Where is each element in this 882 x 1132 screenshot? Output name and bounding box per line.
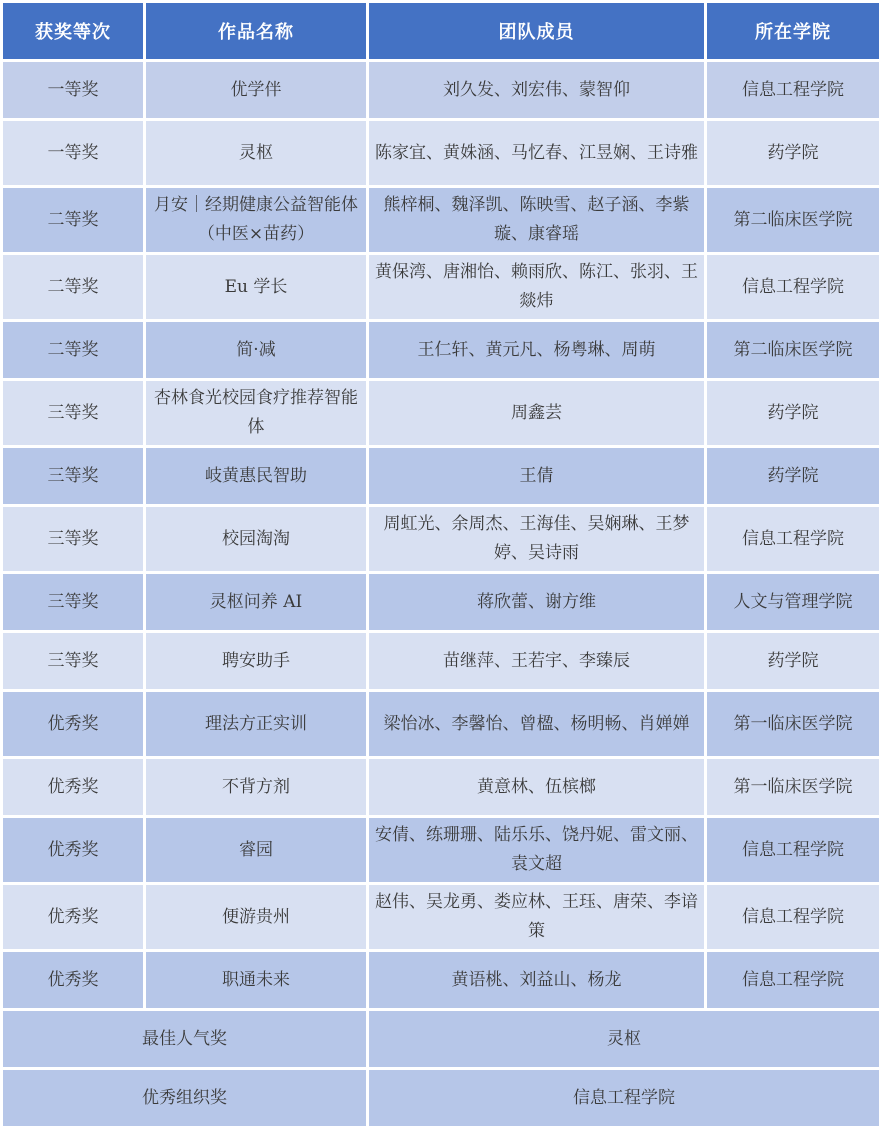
college-cell: 信息工程学院 [707,952,879,1008]
team-members-cell: 王倩 [369,448,704,504]
college-cell: 药学院 [707,633,879,689]
college-cell: 第一临床医学院 [707,692,879,756]
college-cell: 人文与管理学院 [707,574,879,630]
award-level-cell: 一等奖 [3,121,143,185]
table-row: 优秀奖睿园安倩、练珊珊、陆乐乐、饶丹妮、雷文丽、袁文超信息工程学院 [3,818,879,882]
college-cell: 第一临床医学院 [707,759,879,815]
team-members-cell: 黄语桃、刘益山、杨龙 [369,952,704,1008]
team-members-cell: 刘久发、刘宏伟、蒙智仰 [369,62,704,118]
table-row: 优秀奖便游贵州赵伟、吴龙勇、娄应林、王珏、唐荣、李谙策信息工程学院 [3,885,879,949]
work-name-cell: 优学伴 [146,62,366,118]
table-row: 三等奖校园淘淘周虹光、余周杰、王海佳、吴娴琳、王梦婷、吴诗雨信息工程学院 [3,507,879,571]
award-level-cell: 优秀奖 [3,952,143,1008]
work-name-cell: 职通未来 [146,952,366,1008]
table-row: 三等奖杏林食光校园食疗推荐智能体周鑫芸药学院 [3,381,879,445]
special-award-value-cell: 信息工程学院 [369,1070,879,1126]
award-level-cell: 二等奖 [3,322,143,378]
award-level-cell: 优秀奖 [3,885,143,949]
team-members-cell: 熊梓桐、魏泽凯、陈映雪、赵子涵、李紫璇、康睿瑶 [369,188,704,252]
header-row: 获奖等次 作品名称 团队成员 所在学院 [3,3,879,59]
team-members-cell: 蒋欣蕾、谢方维 [369,574,704,630]
work-name-cell: 不背方剂 [146,759,366,815]
special-award-label-cell: 最佳人气奖 [3,1011,366,1067]
college-cell: 第二临床医学院 [707,188,879,252]
table-row: 优秀奖职通未来黄语桃、刘益山、杨龙信息工程学院 [3,952,879,1008]
table-row: 二等奖简·减王仁轩、黄元凡、杨粤琳、周萌第二临床医学院 [3,322,879,378]
college-cell: 药学院 [707,381,879,445]
work-name-cell: 灵枢问养 AI [146,574,366,630]
award-level-cell: 优秀奖 [3,692,143,756]
college-cell: 信息工程学院 [707,255,879,319]
team-members-cell: 周虹光、余周杰、王海佳、吴娴琳、王梦婷、吴诗雨 [369,507,704,571]
special-award-label-cell: 优秀组织奖 [3,1070,366,1126]
awards-table-header: 获奖等次 作品名称 团队成员 所在学院 [3,3,879,59]
work-name-cell: 校园淘淘 [146,507,366,571]
award-level-cell: 一等奖 [3,62,143,118]
awards-table-body: 一等奖优学伴刘久发、刘宏伟、蒙智仰信息工程学院一等奖灵枢陈家宜、黄姝涵、马忆春、… [3,62,879,1126]
work-name-cell: 理法方正实训 [146,692,366,756]
college-cell: 信息工程学院 [707,818,879,882]
college-cell: 信息工程学院 [707,507,879,571]
team-members-cell: 黄意林、伍槟榔 [369,759,704,815]
award-level-cell: 优秀奖 [3,759,143,815]
awards-table: 获奖等次 作品名称 团队成员 所在学院 一等奖优学伴刘久发、刘宏伟、蒙智仰信息工… [0,0,882,1129]
work-name-cell: 睿园 [146,818,366,882]
table-row: 优秀奖不背方剂黄意林、伍槟榔第一临床医学院 [3,759,879,815]
team-members-cell: 王仁轩、黄元凡、杨粤琳、周萌 [369,322,704,378]
header-college: 所在学院 [707,3,879,59]
team-members-cell: 梁怡冰、李馨怡、曾楹、杨明畅、肖婵婵 [369,692,704,756]
college-cell: 第二临床医学院 [707,322,879,378]
work-name-cell: Eu 学长 [146,255,366,319]
work-name-cell: 灵枢 [146,121,366,185]
award-level-cell: 三等奖 [3,633,143,689]
award-level-cell: 三等奖 [3,574,143,630]
college-cell: 信息工程学院 [707,885,879,949]
special-award-row: 优秀组织奖信息工程学院 [3,1070,879,1126]
award-level-cell: 三等奖 [3,507,143,571]
special-award-value-cell: 灵枢 [369,1011,879,1067]
work-name-cell: 便游贵州 [146,885,366,949]
header-work-name: 作品名称 [146,3,366,59]
table-row: 三等奖聘安助手苗继萍、王若宇、李臻辰药学院 [3,633,879,689]
work-name-cell: 简·减 [146,322,366,378]
award-level-cell: 三等奖 [3,381,143,445]
work-name-cell: 聘安助手 [146,633,366,689]
work-name-cell: 杏林食光校园食疗推荐智能体 [146,381,366,445]
work-name-cell: 月安｜经期健康公益智能体（中医×苗药） [146,188,366,252]
header-award-level: 获奖等次 [3,3,143,59]
table-row: 一等奖灵枢陈家宜、黄姝涵、马忆春、江昱娴、王诗雅药学院 [3,121,879,185]
award-level-cell: 二等奖 [3,255,143,319]
table-row: 三等奖灵枢问养 AI蒋欣蕾、谢方维人文与管理学院 [3,574,879,630]
college-cell: 药学院 [707,448,879,504]
table-row: 三等奖岐黄惠民智助王倩药学院 [3,448,879,504]
team-members-cell: 周鑫芸 [369,381,704,445]
award-level-cell: 优秀奖 [3,818,143,882]
team-members-cell: 苗继萍、王若宇、李臻辰 [369,633,704,689]
table-row: 优秀奖理法方正实训梁怡冰、李馨怡、曾楹、杨明畅、肖婵婵第一临床医学院 [3,692,879,756]
table-row: 一等奖优学伴刘久发、刘宏伟、蒙智仰信息工程学院 [3,62,879,118]
award-level-cell: 二等奖 [3,188,143,252]
special-award-row: 最佳人气奖灵枢 [3,1011,879,1067]
table-row: 二等奖月安｜经期健康公益智能体（中医×苗药）熊梓桐、魏泽凯、陈映雪、赵子涵、李紫… [3,188,879,252]
team-members-cell: 赵伟、吴龙勇、娄应林、王珏、唐荣、李谙策 [369,885,704,949]
college-cell: 信息工程学院 [707,62,879,118]
team-members-cell: 黄保湾、唐湘怡、赖雨欣、陈江、张羽、王燚炜 [369,255,704,319]
team-members-cell: 安倩、练珊珊、陆乐乐、饶丹妮、雷文丽、袁文超 [369,818,704,882]
awards-page: 获奖等次 作品名称 团队成员 所在学院 一等奖优学伴刘久发、刘宏伟、蒙智仰信息工… [0,0,882,1132]
work-name-cell: 岐黄惠民智助 [146,448,366,504]
college-cell: 药学院 [707,121,879,185]
header-team-members: 团队成员 [369,3,704,59]
table-row: 二等奖Eu 学长黄保湾、唐湘怡、赖雨欣、陈江、张羽、王燚炜信息工程学院 [3,255,879,319]
award-level-cell: 三等奖 [3,448,143,504]
team-members-cell: 陈家宜、黄姝涵、马忆春、江昱娴、王诗雅 [369,121,704,185]
